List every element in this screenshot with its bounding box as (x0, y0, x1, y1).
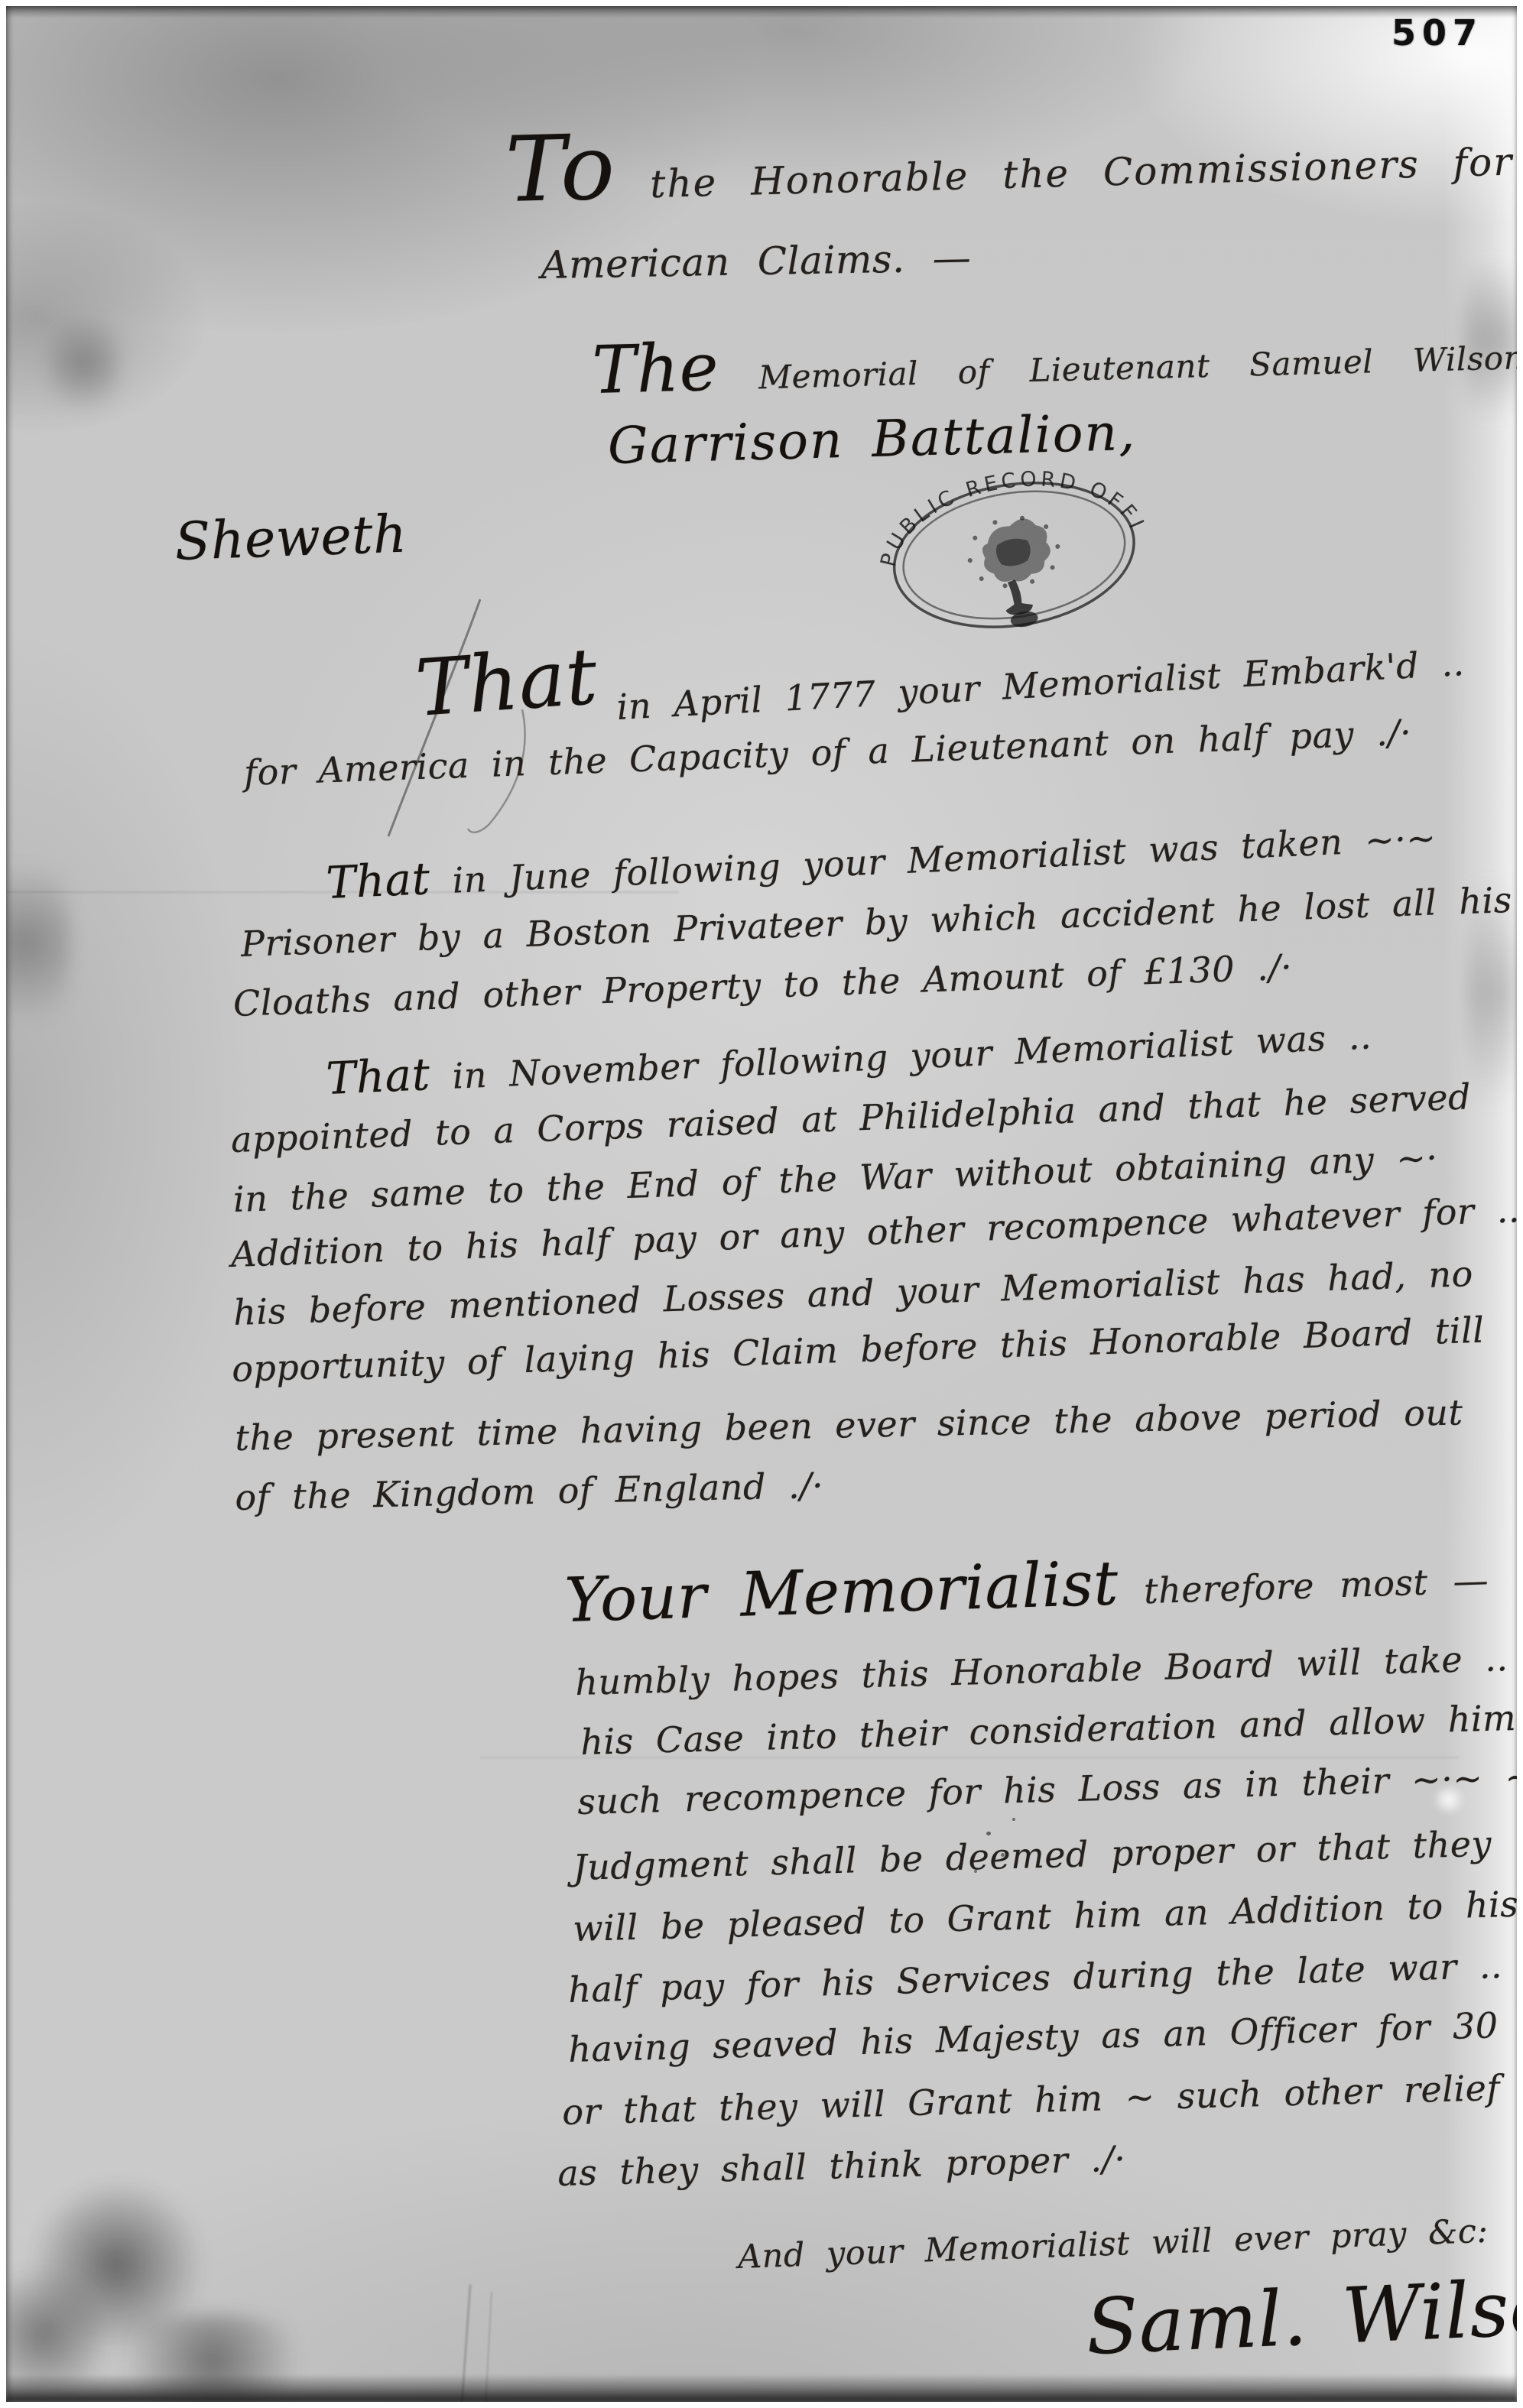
manuscript-line: humbly hopes this Honorable Board will t… (575, 1639, 1508, 1702)
top-shadow-band (6, 6, 1517, 18)
manuscript-line: his Case into their consideration and al… (580, 1699, 1517, 1762)
manuscript-paper: 507 To the Honorable the Commissioners f… (6, 6, 1517, 2402)
manuscript-line: such recompence for his Loss as in their… (577, 1757, 1517, 1822)
ink-blot (1012, 1818, 1015, 1821)
closing-line: And your Memorialist will ever pray &c: (737, 2214, 1489, 2277)
manuscript-line: as they shall think proper ./· (557, 2140, 1126, 2193)
salutation-line-1: To the Honorable the Commissioners for (505, 95, 1515, 220)
paragraph2-initial: That (325, 852, 431, 909)
manuscript-line: having seaved his Majesty as an Officer … (568, 2003, 1517, 2069)
paragraph4-initial: Your Memorialist (563, 1547, 1119, 1636)
manuscript-line: or that they will Grant him ~ such other… (562, 2069, 1501, 2132)
ink-blot (986, 1832, 991, 1835)
salutation-initial: To (504, 114, 617, 222)
paragraph3-initial: That (325, 1048, 431, 1105)
scanned-manuscript-page: { "colors": { "ink": "#23201d", "paper":… (0, 0, 1523, 2408)
manuscript-line: the present time having been ever since … (235, 1393, 1463, 1457)
memorial-title-text: Memorial of Lieutenant Samuel Wilson (758, 339, 1517, 396)
paper-smudge (48, 304, 121, 423)
salutation-text: the Honorable the Commissioners for (650, 140, 1514, 207)
page-number-stamp: 507 (1391, 12, 1483, 54)
manuscript-line: Judgment shall be deemed proper or that … (573, 1825, 1492, 1887)
paragraph1-initial: That (413, 634, 600, 732)
signature: Saml. Wilson (1084, 2263, 1517, 2370)
manuscript-line: Your Memorialist therefore most — (563, 1538, 1489, 1634)
memorial-title-line: The Memorial of Lieutenant Samuel Wilson (592, 310, 1517, 407)
manuscript-line: will be pleased to Grant him an Addition… (573, 1885, 1517, 1949)
memorial-initial: The (591, 329, 719, 409)
paper-smudge (98, 2315, 327, 2402)
public-record-office-stamp: PUBLIC RECORD OFFICE (856, 442, 1171, 665)
sheweth-heading: Sheweth (174, 506, 408, 571)
stamp-crest (962, 511, 1071, 634)
paper-smudge (6, 839, 71, 1046)
manuscript-line: of the Kingdom of England ./· (235, 1466, 824, 1517)
manuscript-line: half pay for his Services during the lat… (568, 1946, 1503, 2010)
salutation-line-2: American Claims. — (541, 237, 972, 287)
